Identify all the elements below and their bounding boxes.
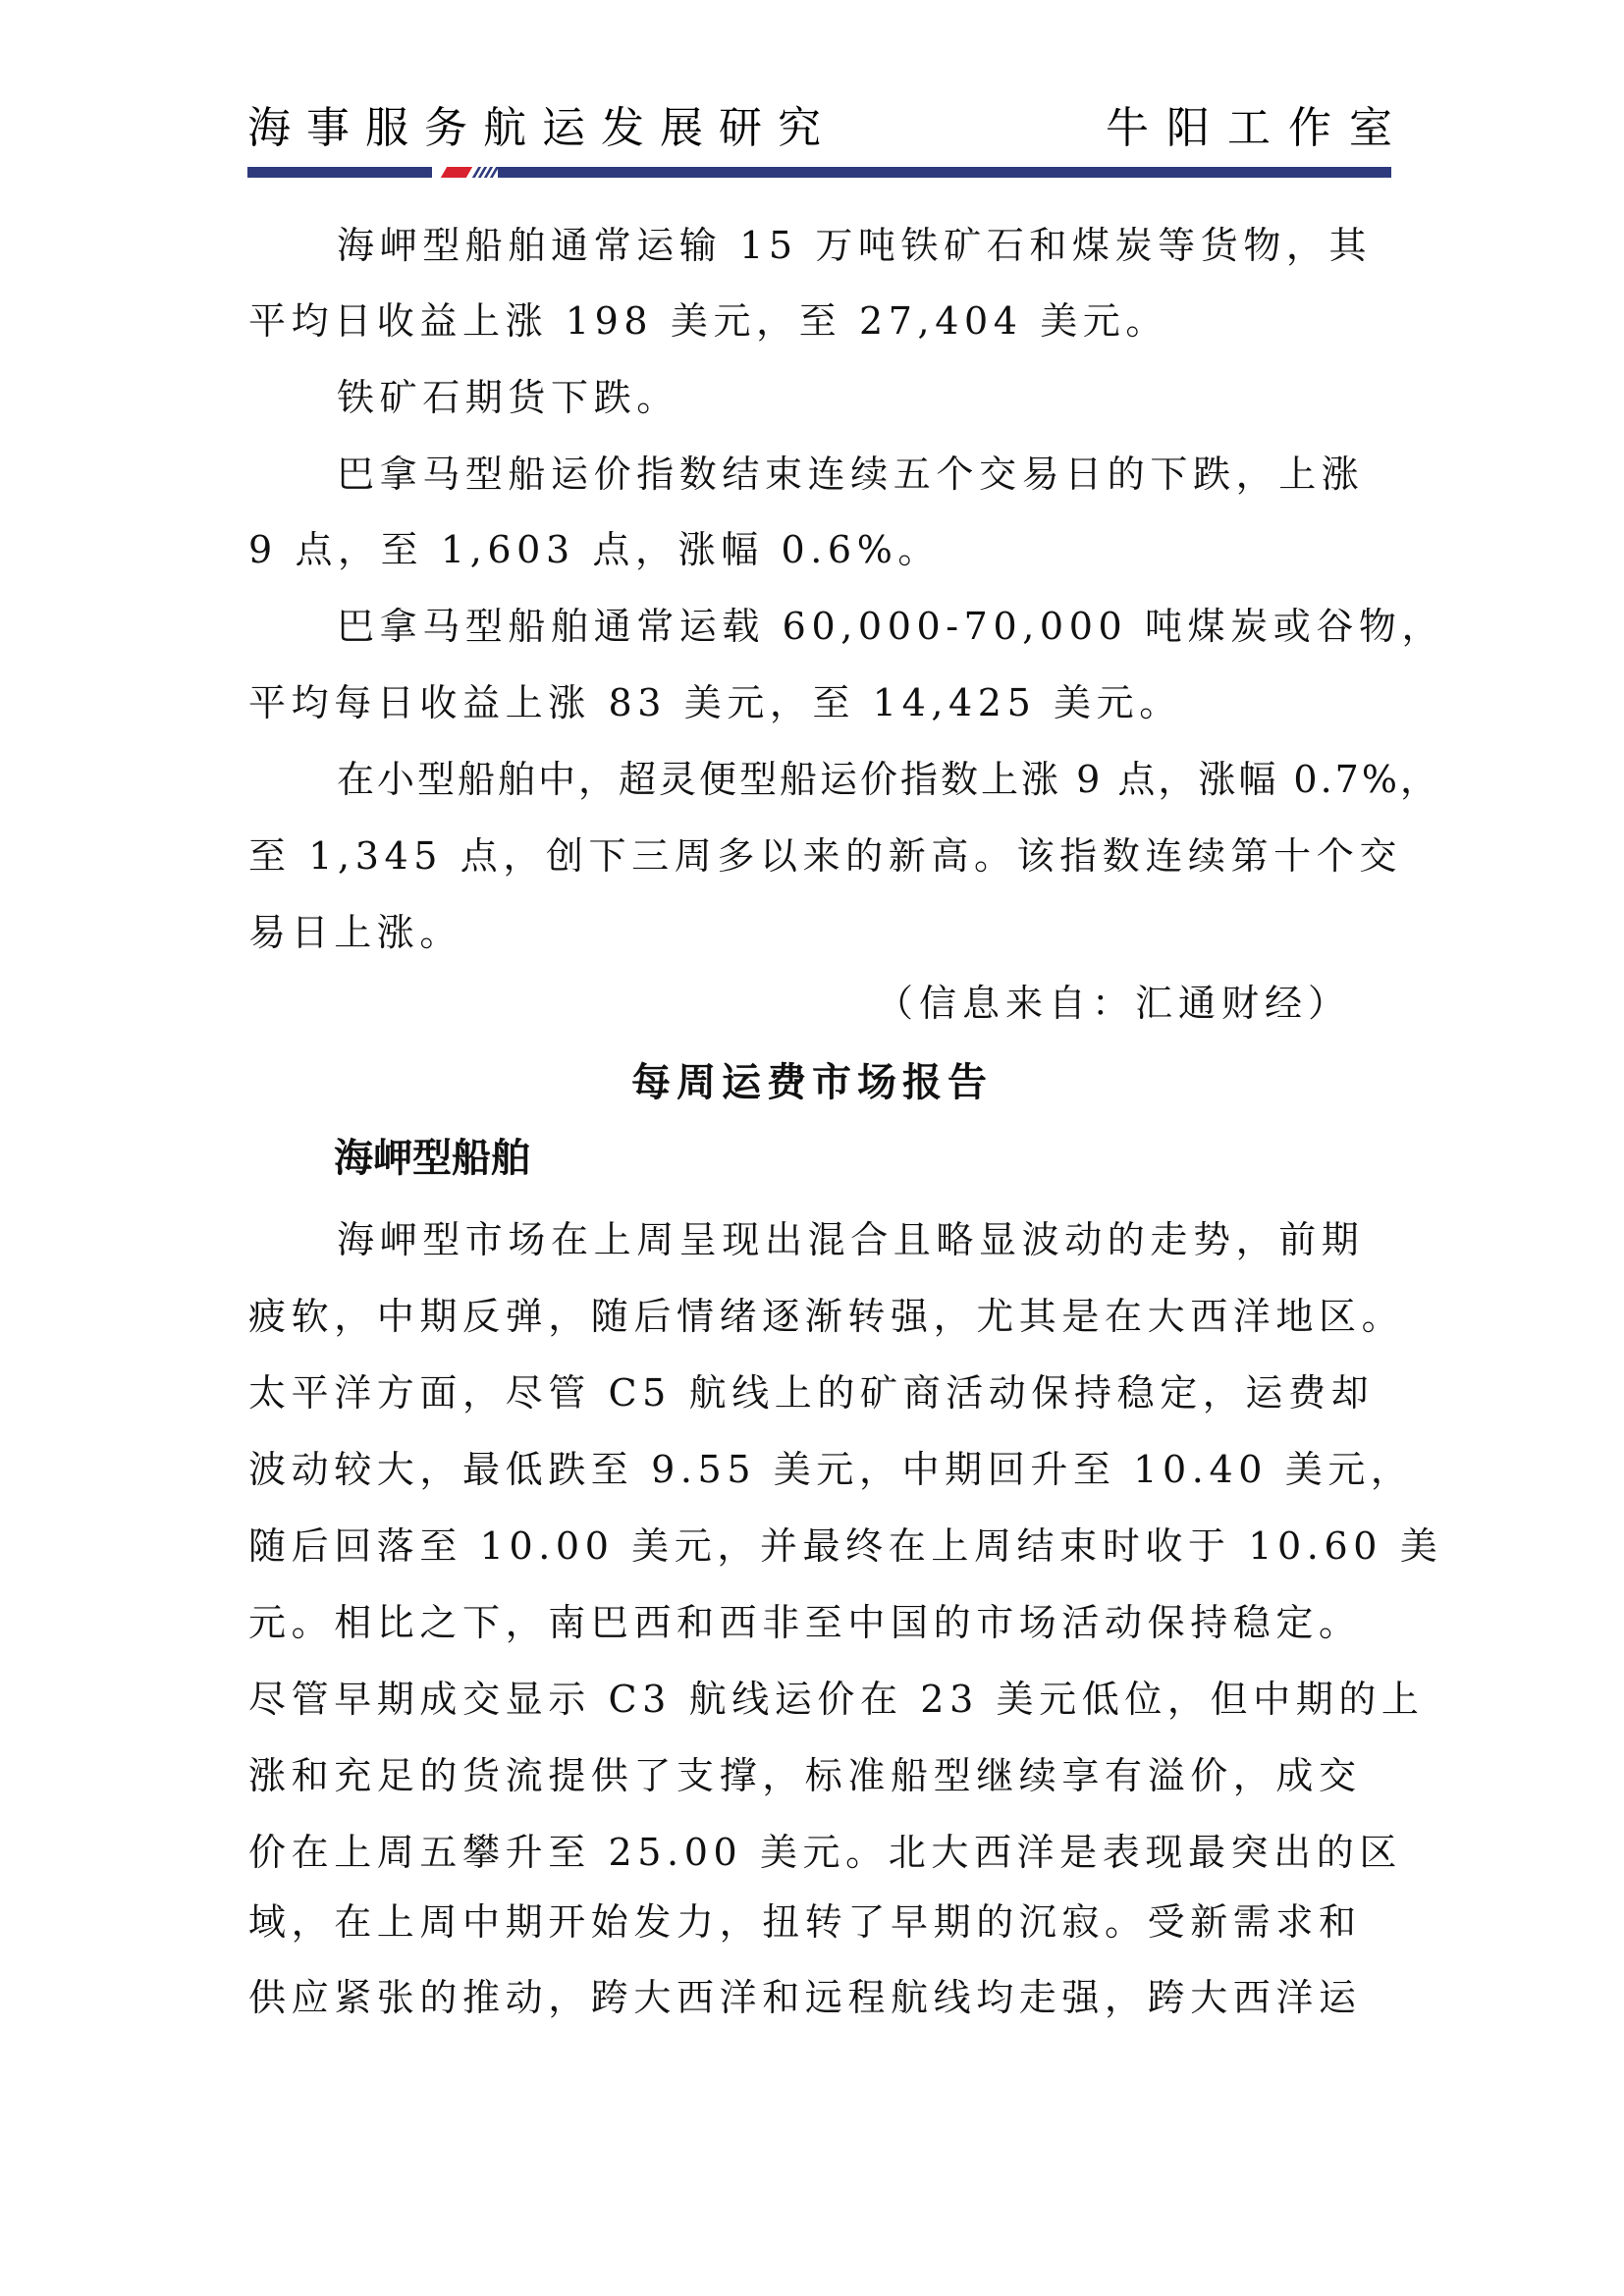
paragraph-line: 随后回落至 10.00 美元，并最终在上周结束时收于 10.60 美 xyxy=(248,1517,1442,1575)
report-title-text: 每周运费市场报告 xyxy=(631,1053,993,1112)
rule-red-accent xyxy=(441,167,472,178)
paragraph-line: 海岬型船舶通常运输 15 万吨铁矿石和煤炭等货物，其 xyxy=(337,216,1372,275)
header-rule xyxy=(247,167,1391,178)
paragraph-line: 疲软，中期反弹，随后情绪逐渐转强，尤其是在大西洋地区。 xyxy=(248,1287,1404,1346)
paragraph-line: 9 点，至 1,603 点，涨幅 0.6%。 xyxy=(248,520,941,579)
paragraph-line: 价在上周五攀升至 25.00 美元。北大西洋是表现最突出的区 xyxy=(248,1823,1402,1882)
paragraph-line: 波动较大，最低跌至 9.55 美元，中期回升至 10.40 美元， xyxy=(248,1440,1414,1499)
paragraph-line: 易日上涨。 xyxy=(248,903,462,962)
paragraph-line: 在小型船舶中，超灵便型船运价指数上涨 9 点，涨幅 0.7%， xyxy=(337,750,1440,809)
paragraph-line: 域，在上周中期开始发力，扭转了早期的沉寂。受新需求和 xyxy=(248,1893,1362,1951)
header-title: 海事服务航运发展研究 xyxy=(247,102,837,155)
paragraph-line: 平均日收益上涨 198 美元，至 27,404 美元。 xyxy=(248,292,1168,350)
paragraph-line: 巴拿马型船舶通常运载 60,000-70,000 吨煤炭或谷物， xyxy=(337,597,1444,656)
paragraph-line: 铁矿石期货下跌。 xyxy=(337,368,679,427)
paragraph-line: 涨和充足的货流提供了支撑，标准船型继续享有溢价，成交 xyxy=(248,1746,1362,1805)
paragraph-line: 巴拿马型船运价指数结束连续五个交易日的下跌，上涨 xyxy=(337,445,1364,504)
paragraph-line: 至 1,345 点，创下三周多以来的新高。该指数连续第十个交 xyxy=(248,827,1402,885)
paragraph-line: 尽管早期成交显示 C3 航线运价在 23 美元低位，但中期的上 xyxy=(248,1670,1425,1729)
source-note: （信息来自：汇通财经） xyxy=(876,974,1351,1033)
header-studio-name: 牛阳工作室 xyxy=(1106,102,1410,155)
rule-segment-left xyxy=(247,167,432,178)
section-heading: 海岬型船舶 xyxy=(334,1129,530,1188)
paragraph-line: 太平洋方面，尽管 C5 航线上的矿商活动保持稳定，运费却 xyxy=(248,1363,1374,1422)
paragraph-line: 供应紧张的推动，跨大西洋和远程航线均走强，跨大西洋运 xyxy=(248,1968,1362,2027)
paragraph-line: 平均每日收益上涨 83 美元，至 14,425 美元。 xyxy=(248,673,1182,732)
paragraph-line: 元。相比之下，南巴西和西非至中国的市场活动保持稳定。 xyxy=(248,1593,1362,1652)
paragraph-line: 海岬型市场在上周呈现出混合且略显波动的走势，前期 xyxy=(337,1210,1364,1269)
report-title: 每周运费市场报告 xyxy=(0,1053,1624,1112)
rule-segment-right xyxy=(498,167,1391,178)
